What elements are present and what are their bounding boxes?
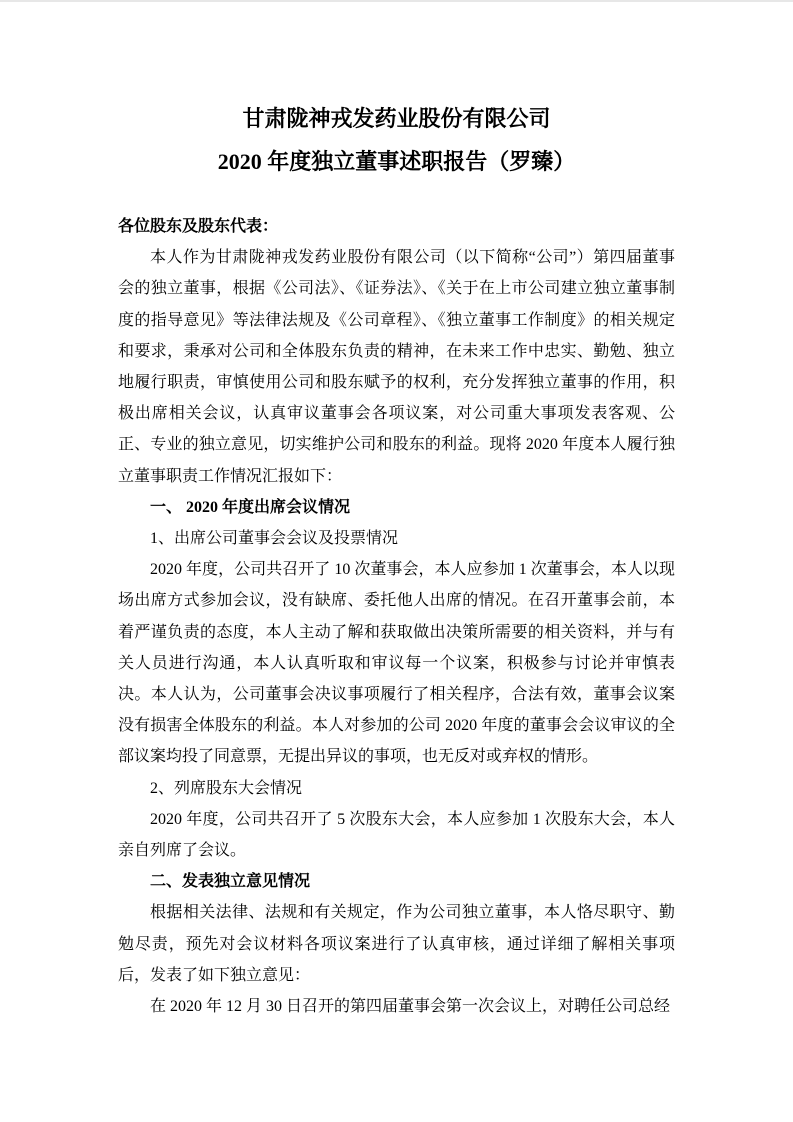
document-body: 各位股东及股东代表： 本人作为甘肃陇神戎发药业股份有限公司（以下简称“公司”）第… — [118, 211, 675, 1022]
subsection-1-title: 1、出席公司董事会会议及投票情况 — [118, 523, 675, 554]
paragraph-board-meetings: 2020 年度，公司共召开了 10 次董事会，本人应参加 1 次董事会，本人以现… — [118, 554, 675, 772]
document-title: 甘肃陇神戎发药业股份有限公司 2020 年度独立董事述职报告（罗臻） — [118, 97, 675, 183]
paragraph-opinion-detail: 在 2020 年 12 月 30 日召开的第四届董事会第一次会议上，对聘任公司总… — [118, 991, 675, 1022]
section-heading-2: 二、发表独立意见情况 — [118, 866, 675, 897]
paragraph-shareholder-meetings: 2020 年度，公司共召开了 5 次股东大会，本人应参加 1 次股东大会，本人亲… — [118, 804, 675, 866]
subsection-2-title: 2、列席股东大会情况 — [118, 773, 675, 804]
document-page: 甘肃陇神戎发药业股份有限公司 2020 年度独立董事述职报告（罗臻） 各位股东及… — [0, 0, 793, 1122]
document-title-line-2: 2020 年度独立董事述职报告（罗臻） — [118, 140, 675, 183]
paragraph-opinions-intro: 根据相关法律、法规和有关规定，作为公司独立董事，本人恪尽职守、勤勉尽责，预先对会… — [118, 897, 675, 991]
section-heading-1: 一、 2020 年度出席会议情况 — [118, 492, 675, 523]
salutation: 各位股东及股东代表： — [118, 211, 675, 242]
paragraph-intro: 本人作为甘肃陇神戎发药业股份有限公司（以下简称“公司”）第四届董事会的独立董事，… — [118, 242, 675, 492]
document-title-line-1: 甘肃陇神戎发药业股份有限公司 — [118, 97, 675, 140]
document-content: 甘肃陇神戎发药业股份有限公司 2020 年度独立董事述职报告（罗臻） 各位股东及… — [118, 2, 675, 1022]
